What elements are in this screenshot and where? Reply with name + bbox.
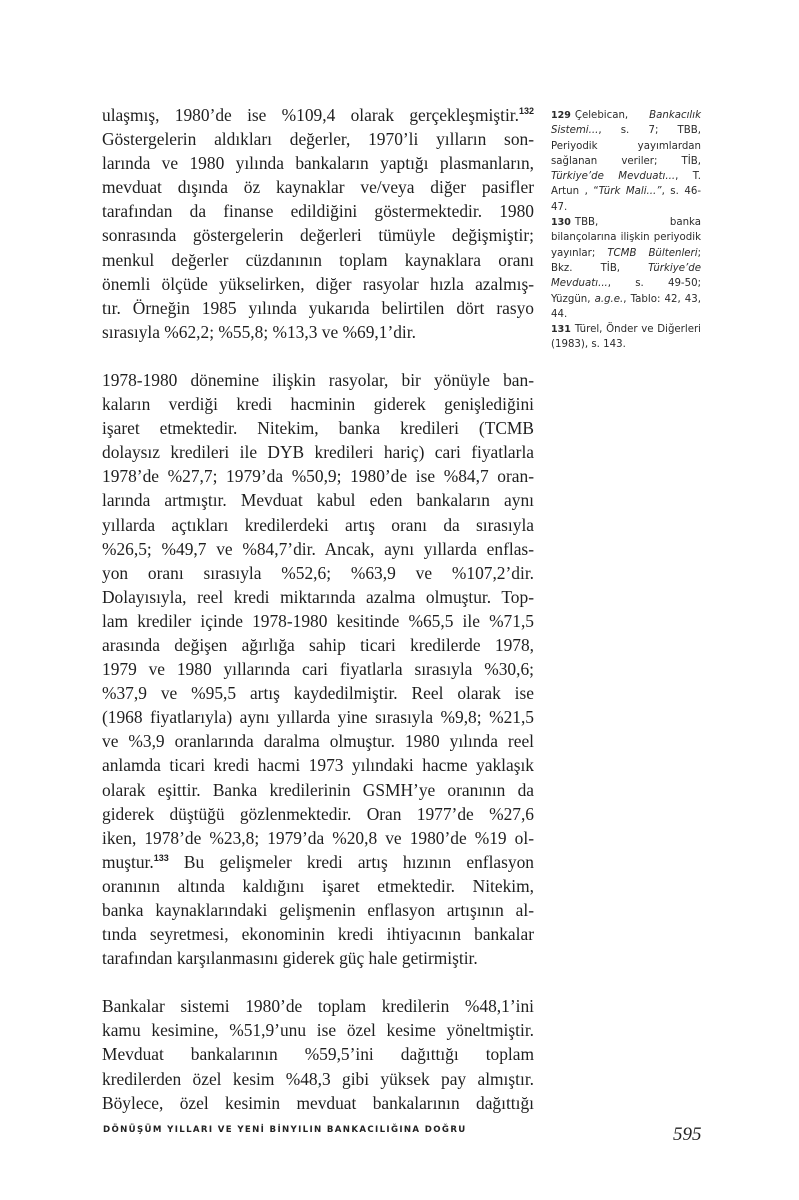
- book-page: ulaşmış, 1980’de ise %109,4 olarak gerçe…: [0, 0, 799, 1200]
- footnote-130: 130TBB, banka bilançolarına ilişkin peri…: [551, 215, 701, 322]
- paragraph-2: 1978-1980 dönemine ilişkin rasyolar, bir…: [102, 368, 534, 970]
- footnote-ref-132[interactable]: 132: [519, 106, 534, 116]
- paragraph-3: Bankalar sistemi 1980’de toplam krediler…: [102, 994, 534, 1114]
- footnote-131: 131Türel, Önder ve Diğerleri (1983), s. …: [551, 322, 701, 353]
- footnote-ref-133[interactable]: 133: [154, 853, 169, 863]
- footnote-129: 129Çelebican, Bankacılık Sistemi..., s. …: [551, 108, 701, 215]
- main-text-column: ulaşmış, 1980’de ise %109,4 olarak gerçe…: [102, 103, 534, 1139]
- running-footer-title: DÖNÜŞÜM YILLARI VE YENİ BİNYILIN BANKACI…: [103, 1125, 467, 1135]
- page-number: 595: [673, 1124, 702, 1146]
- sidenotes-column: 129Çelebican, Bankacılık Sistemi..., s. …: [551, 108, 701, 353]
- paragraph-1: ulaşmış, 1980’de ise %109,4 olarak gerçe…: [102, 103, 534, 344]
